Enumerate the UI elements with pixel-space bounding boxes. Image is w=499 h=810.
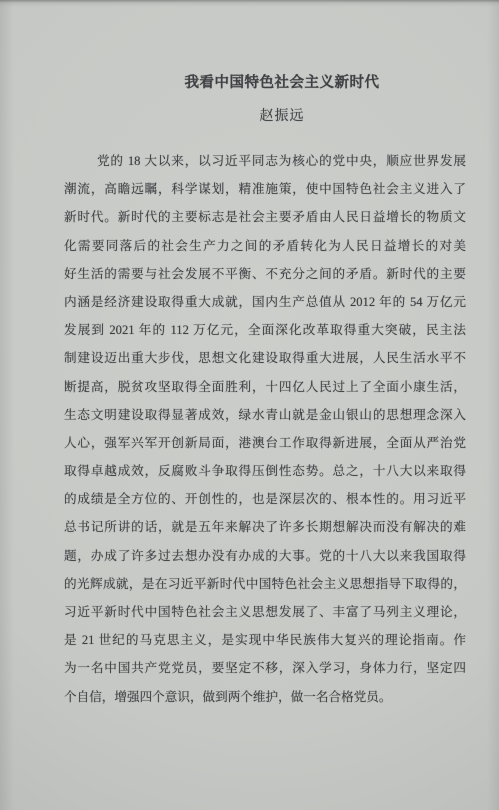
body-line: 党的 18 大以来，以习近平同志为核心的党中央，顺应世界发展 — [64, 147, 466, 175]
author-name: 赵振远 — [81, 107, 483, 126]
body-line: 个自信，增强四个意识，做到两个维护，做一名合格党员。 — [64, 683, 466, 711]
body-line: 的光辉成就，是在习近平新时代中国特色社会主义思想指导下取得的， — [64, 570, 466, 598]
body-line: 发展到 2021 年的 112 万亿元，全面深化改革取得重大突破，民主法 — [64, 316, 466, 344]
body-line: 生态文明建设取得显著成效，绿水青山就是金山银山的思想理念深入 — [64, 401, 466, 429]
body-line: 题，办成了许多过去想办没有办成的大事。党的十八大以来我国取得 — [64, 542, 466, 570]
body-line: 好生活的需要与社会发展不平衡、不充分之间的矛盾。新时代的主要 — [64, 260, 466, 288]
essay-content: 我看中国特色社会主义新时代 赵振远 党的 18 大以来，以习近平同志为核心的党中… — [64, 73, 466, 711]
page-title: 我看中国特色社会主义新时代 — [81, 73, 483, 93]
photographed-page: 我看中国特色社会主义新时代 赵振远 党的 18 大以来，以习近平同志为核心的党中… — [0, 0, 499, 810]
body-line: 制建设迈出重大步伐，思想文化建设取得重大进展，人民生活水平不 — [64, 344, 466, 372]
body-line: 取得卓越成效，反腐败斗争取得压倒性态势。总之，十八大以来取得 — [64, 457, 466, 485]
body-line: 化需要同落后的社会生产力之间的矛盾转化为人民日益增长的对美 — [64, 232, 466, 260]
body-line: 新时代。新时代的主要标志是社会主要矛盾由人民日益增长的物质文 — [64, 203, 466, 231]
body-line: 的成绩是全方位的、开创性的，也是深层次的、根本性的。用习近平 — [64, 485, 466, 513]
body-line: 内涵是经济建设取得重大成就，国内生产总值从 2012 年的 54 万亿元 — [64, 288, 466, 316]
body-line: 习近平新时代中国特色社会主义思想发展了、丰富了马列主义理论， — [64, 598, 466, 626]
body-line: 潮流，高瞻远瞩，科学谋划，精准施策，使中国特色社会主义进入了 — [64, 175, 466, 203]
essay-paragraph: 党的 18 大以来，以习近平同志为核心的党中央，顺应世界发展潮流，高瞻远瞩，科学… — [64, 147, 466, 711]
body-line: 人心，强军兴军开创新局面，港澳台工作取得新进展，全面从严治党 — [64, 429, 466, 457]
body-line: 总书记所讲的话，就是五年来解决了许多长期想解决而没有解决的难 — [64, 513, 466, 541]
body-line: 是 21 世纪的马克思主义，是实现中华民族伟大复兴的理论指南。作 — [64, 626, 466, 654]
body-line: 为一名中国共产党党员，要坚定不移，深入学习，身体力行，坚定四 — [64, 654, 466, 682]
body-line: 断提高，脱贫攻坚取得全面胜利，十四亿人民过上了全面小康生活， — [64, 373, 466, 401]
